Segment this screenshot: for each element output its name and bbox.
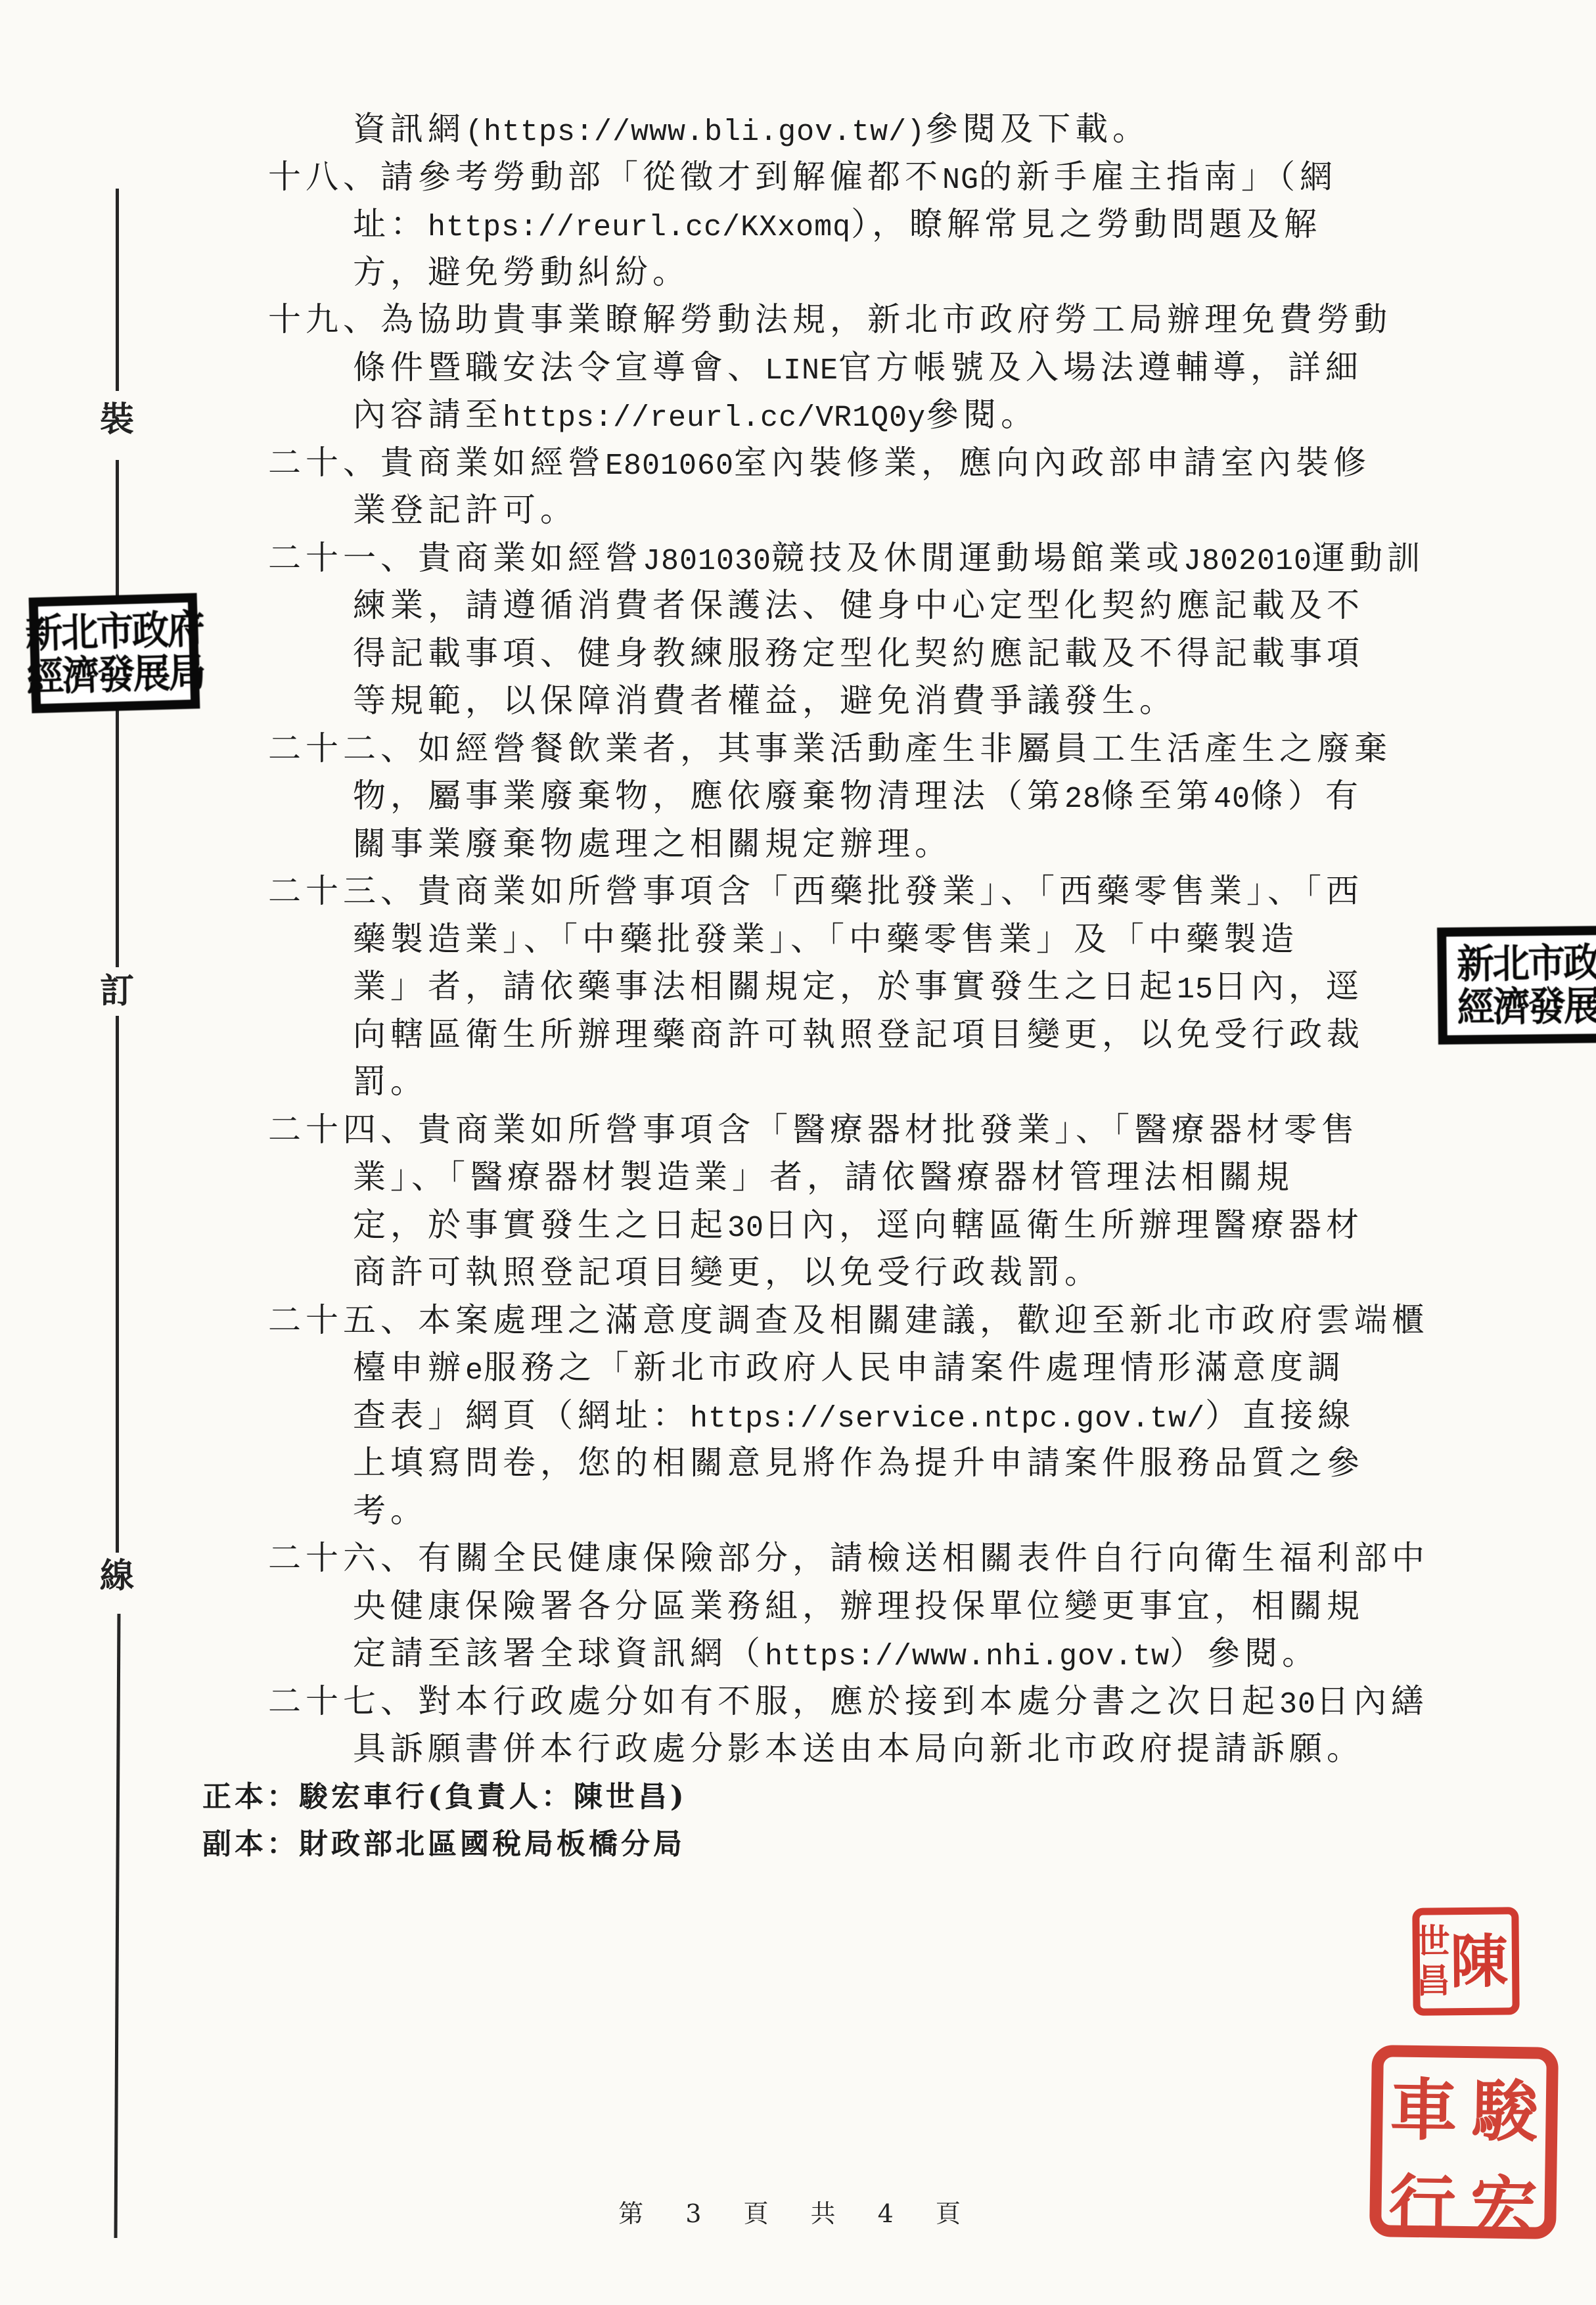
text-line: 二十三、貴商業如所營事項含「西藥批發業」、「西藥零售業」、「西: [0, 867, 1596, 915]
latin-text: https://service.ntpc.gov.tw/: [690, 1402, 1205, 1436]
red-name-seal: 陳 世 昌: [1412, 1907, 1519, 2015]
text-line: 資訊網(https://www.bli.gov.tw/)參閱及下載。: [0, 105, 1596, 153]
text-line: 內容請至https://reurl.cc/VR1Q0y參閱。: [0, 391, 1596, 439]
latin-text: 30: [727, 1212, 764, 1245]
text-line: 央健康保險署各分區業務組，辦理投保單位變更事宜，相關規: [0, 1582, 1596, 1630]
latin-text: 15: [1177, 973, 1214, 1007]
text-line: 練業，請遵循消費者保護法、健身中心定型化契約應記載及不: [0, 582, 1596, 629]
text-line: 業」、「醫療器材製造業」者，請依醫療器材管理法相關規: [0, 1153, 1596, 1201]
text-line: 物，屬事業廢棄物，應依廢棄物清理法（第28條至第40條）有: [0, 772, 1596, 820]
latin-text: 30: [1279, 1688, 1316, 1722]
text-line: 二十七、對本行政處分如有不服，應於接到本處分書之次日起30日內繕: [0, 1677, 1596, 1725]
text-line: 檯申辦e服務之「新北市政府人民申請案件處理情形滿意度調: [0, 1344, 1596, 1392]
latin-text: e: [465, 1354, 484, 1388]
text-line: 二十一、貴商業如經營J801030競技及休閒運動場館業或J802010運動訓: [0, 534, 1596, 582]
seal-char: 陳: [1450, 1932, 1509, 1990]
text-line: 十九、為協助貴事業瞭解勞動法規，新北市政府勞工局辦理免費勞動: [0, 296, 1596, 344]
seal-char: 昌: [1416, 1961, 1451, 2001]
text-line: 藥製造業」、「中藥批發業」、「中藥零售業」及「中藥製造: [0, 915, 1596, 963]
text-line: 罰。: [0, 1058, 1596, 1106]
text-line: 上填寫問卷，您的相關意見將作為提升申請案件服務品質之參: [0, 1439, 1596, 1487]
latin-text: 28: [1064, 783, 1101, 816]
text-line: 二十二、如經營餐飲業者，其事業活動產生非屬員工生活產生之廢棄: [0, 725, 1596, 773]
text-line: 二十、貴商業如經營E801060室內裝修業，應向內政部申請室內裝修: [0, 439, 1596, 487]
seal-char: 車: [1382, 2057, 1465, 2154]
latin-text: https://www.nhi.gov.tw: [765, 1640, 1170, 1674]
latin-text: (https://www.bli.gov.tw/): [465, 116, 925, 149]
text-line: 定，於事實發生之日起30日內，逕向轄區衛生所辦理醫療器材: [0, 1201, 1596, 1249]
latin-text: J802010: [1183, 545, 1312, 578]
text-line: 查表」網頁（網址：https://service.ntpc.gov.tw/）直接…: [0, 1392, 1596, 1440]
latin-text: LINE: [765, 354, 838, 388]
latin-text: https://reurl.cc/KXxomq: [428, 211, 851, 244]
text-line: 關事業廢棄物處理之相關規定辦理。: [0, 820, 1596, 868]
text-line: 業」者，請依藥事法相關規定，於事實發生之日起15日內，逕: [0, 963, 1596, 1011]
office-seal-stamp-left: 新北市政府 經濟發展局: [29, 593, 200, 713]
text-line: 二十四、貴商業如所營事項含「醫療器材批發業」、「醫療器材零售: [0, 1106, 1596, 1154]
seal-column: 世 昌: [1415, 1922, 1450, 2001]
text-line: 具訴願書併本行政處分影本送由本局向新北市政府提請訴願。: [0, 1725, 1596, 1773]
latin-text: 40: [1214, 783, 1250, 816]
text-line: 業登記許可。: [0, 486, 1596, 534]
office-seal-stamp-right: 新北市政府 經濟發展局: [1437, 925, 1596, 1044]
scanned-document-page: 裝 訂 線 資訊網(https://www.bli.gov.tw/)參閱及下載。…: [0, 0, 1596, 2305]
office-seal-text: 經濟發展局: [1457, 982, 1596, 1031]
recipient-original-line: 正本：駿宏車行(負責人：陳世昌): [202, 1773, 687, 1815]
text-line: 二十六、有關全民健康保險部分，請檢送相關表件自行向衛生福利部中: [0, 1534, 1596, 1582]
text-line: 二十五、本案處理之滿意度調查及相關建議，歡迎至新北市政府雲端櫃: [0, 1296, 1596, 1344]
document-text-block: 資訊網(https://www.bli.gov.tw/)參閱及下載。十八、請參考…: [0, 105, 1596, 1773]
text-line: 等規範，以保障消費者權益，避免消費爭議發生。: [0, 677, 1596, 725]
text-line: 考。: [0, 1487, 1596, 1535]
recipient-copy-line: 副本：財政部北區國稅局板橋分局: [202, 1820, 685, 1862]
seal-char: 行: [1381, 2153, 1464, 2250]
seal-char: 世: [1415, 1922, 1450, 1961]
seal-char: 駿: [1464, 2058, 1547, 2155]
text-line: 商許可執照登記項目變更，以免受行政裁罰。: [0, 1248, 1596, 1296]
office-seal-text: 經濟發展局: [26, 649, 204, 701]
seal-char: 宏: [1463, 2154, 1545, 2251]
text-line: 方，避免勞動糾紛。: [0, 248, 1596, 296]
text-line: 向轄區衛生所辦理藥商許可執照登記項目變更，以免受行政裁: [0, 1011, 1596, 1059]
text-line: 條件暨職安法令宣導會、LINE官方帳號及入場法遵輔導，詳細: [0, 344, 1596, 392]
latin-text: https://reurl.cc/VR1Q0y: [503, 401, 926, 435]
text-line: 十八、請參考勞動部「從徵才到解僱都不NG的新手雇主指南」（網: [0, 153, 1596, 201]
latin-text: NG: [942, 164, 979, 197]
red-company-seal: 車 駿 行 宏: [1369, 2045, 1559, 2239]
page-number-footer: 第 3 頁 共 4 頁: [0, 2193, 1596, 2229]
latin-text: E801060: [605, 449, 734, 483]
text-line: 址：https://reurl.cc/KXxomq），瞭解常見之勞動問題及解: [0, 200, 1596, 248]
office-seal-text: 新北市政府: [1456, 939, 1596, 988]
latin-text: J801030: [643, 545, 771, 578]
text-line: 定請至該署全球資訊網（https://www.nhi.gov.tw）參閱。: [0, 1630, 1596, 1677]
text-line: 得記載事項、健身教練服務定型化契約應記載及不得記載事項: [0, 629, 1596, 677]
